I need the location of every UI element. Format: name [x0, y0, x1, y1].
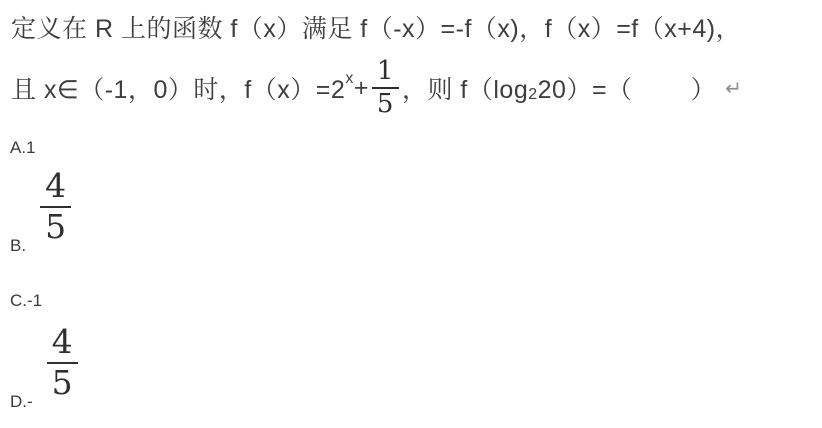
option-d: D.- 4 5 [10, 324, 81, 412]
fraction-one-fifth: 1 5 [372, 57, 399, 119]
question-line-2: 且 x∈（-1，0）时，f（x）=2 x + 1 5 ，则 f（log 2 20… [11, 58, 742, 118]
option-b-label: B. [10, 236, 26, 256]
math-question-document: 定义在 R 上的函数 f（x）满足 f（-x）=-f（x)，f（x）=f（x+4… [0, 0, 822, 428]
question-line-2-text-2: ，则 f（log [402, 70, 528, 106]
plus-sign: + [354, 74, 369, 103]
option-b-fraction: 4 5 [40, 168, 71, 246]
option-c: C.-1 [10, 291, 42, 311]
option-d-fraction-denominator: 5 [52, 364, 73, 402]
exponent-x: x [345, 70, 354, 88]
paragraph-return-mark-icon: ↵ [725, 76, 742, 101]
option-d-fraction-numerator: 4 [47, 324, 78, 364]
option-d-label: D.- [10, 392, 33, 412]
question-line-2-text-1: 且 x∈（-1，0）时，f（x）=2 [11, 70, 345, 106]
log-base-2: 2 [528, 86, 537, 104]
fraction-one-fifth-denominator: 5 [377, 89, 394, 119]
option-a: A.1 [10, 138, 36, 158]
option-d-fraction: 4 5 [47, 324, 78, 402]
option-b: B. 4 5 [10, 168, 74, 256]
question-line-2-text-3: 20）=（ [538, 70, 633, 106]
option-b-fraction-denominator: 5 [45, 208, 66, 246]
question-line-2-text-4: ） [691, 70, 717, 106]
option-b-fraction-numerator: 4 [40, 168, 71, 208]
question-line-1: 定义在 R 上的函数 f（x）满足 f（-x）=-f（x)，f（x）=f（x+4… [11, 13, 741, 45]
fraction-one-fifth-numerator: 1 [372, 57, 399, 89]
